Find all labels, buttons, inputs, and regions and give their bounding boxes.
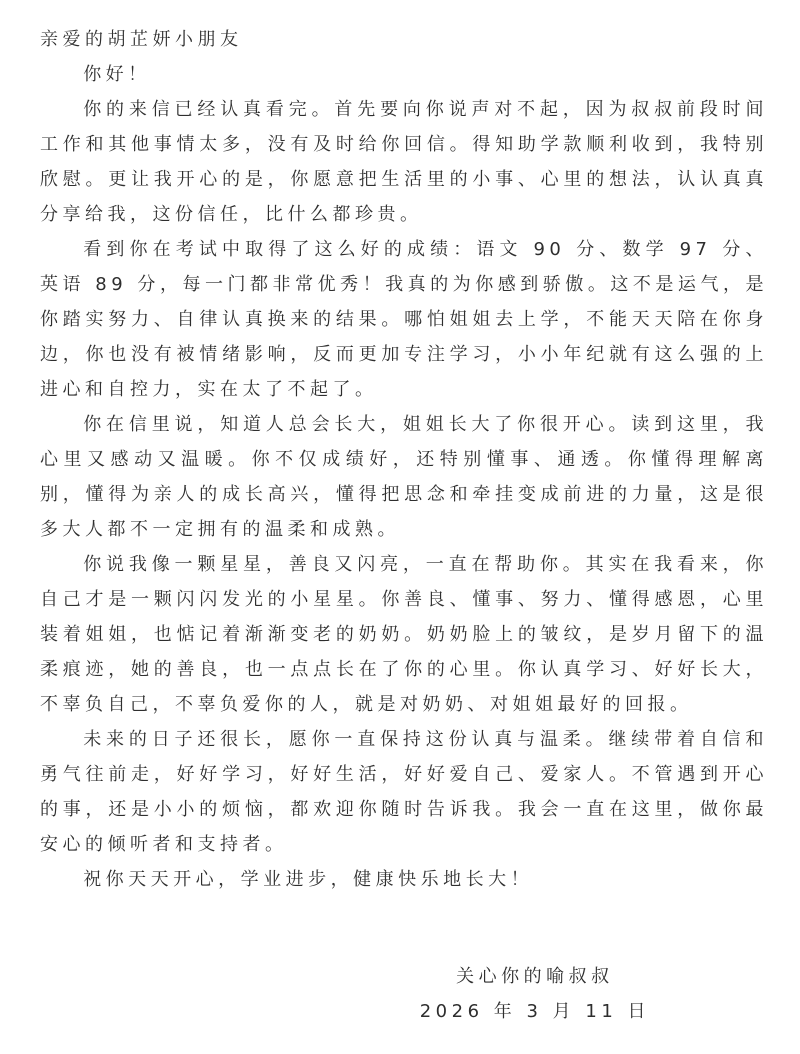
signature: 关心你的喻叔叔: [420, 959, 650, 994]
paragraph-5: 未来的日子还很长，愿你一直保持这份认真与温柔。继续带着自信和勇气往前走，好好学习…: [40, 722, 768, 862]
signature-block: 关心你的喻叔叔 2026 年 3 月 11 日: [420, 959, 650, 1029]
paragraph-1: 你的来信已经认真看完。首先要向你说声对不起，因为叔叔前段时间工作和其他事情太多，…: [40, 92, 768, 232]
date: 2026 年 3 月 11 日: [420, 994, 650, 1029]
letter-page: 亲爱的胡芷妍小朋友 你好！ 你的来信已经认真看完。首先要向你说声对不起，因为叔叔…: [0, 0, 800, 1054]
closing-wish: 祝你天天开心，学业进步，健康快乐地长大！: [40, 862, 768, 897]
paragraph-2: 看到你在考试中取得了这么好的成绩：语文 90 分、数学 97 分、英语 89 分…: [40, 232, 768, 407]
salutation: 亲爱的胡芷妍小朋友: [40, 22, 768, 57]
greeting: 你好！: [40, 57, 768, 92]
paragraph-3: 你在信里说，知道人总会长大，姐姐长大了你很开心。读到这里，我心里又感动又温暖。你…: [40, 407, 768, 547]
paragraph-4: 你说我像一颗星星，善良又闪亮，一直在帮助你。其实在我看来，你自己才是一颗闪闪发光…: [40, 547, 768, 722]
